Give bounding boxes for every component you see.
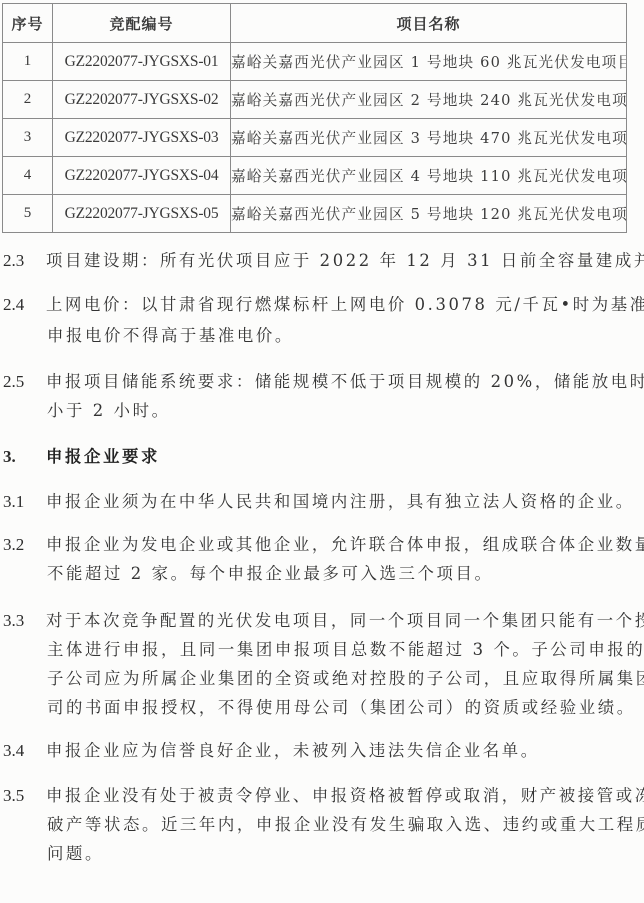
project-table: 序号 竞配编号 项目名称 1 GZ2202077-JYGSXS-01 嘉峪关嘉西… (2, 3, 627, 233)
section-text: 申报企业应为信誉良好企业，未被列入违法失信企业名单。 (46, 741, 540, 761)
row-code: GZ2202077-JYGSXS-03 (53, 119, 231, 157)
row-index: 4 (3, 157, 53, 195)
row-index: 5 (3, 195, 53, 233)
row-code: GZ2202077-JYGSXS-02 (53, 81, 231, 119)
table-row: 4 GZ2202077-JYGSXS-04 嘉峪关嘉西光伏产业园区 4 号地块 … (3, 157, 627, 195)
row-code: GZ2202077-JYGSXS-05 (53, 195, 231, 233)
section-number: 3.1 (3, 492, 24, 512)
row-name: 嘉峪关嘉西光伏产业园区 2 号地块 240 兆瓦光伏发电项目 (231, 81, 627, 119)
section-text: 申报电价不得高于基准电价。 (47, 326, 294, 346)
row-index: 3 (3, 119, 53, 157)
section-number: 2.4 (3, 295, 24, 315)
section-number: 3.3 (3, 611, 24, 631)
section-text: 小于 2 小时。 (47, 401, 171, 421)
section-number: 3.2 (3, 535, 24, 555)
header-code: 竞配编号 (53, 4, 231, 43)
table-row: 2 GZ2202077-JYGSXS-02 嘉峪关嘉西光伏产业园区 2 号地块 … (3, 81, 627, 119)
table-header-row: 序号 竞配编号 项目名称 (3, 4, 627, 43)
section-text: 不能超过 2 家。每个申报企业最多可入选三个项目。 (47, 564, 493, 584)
section-text: 项目建设期：所有光伏项目应于 2022 年 12 月 31 日前全容量建成并网。 (46, 251, 644, 271)
section-text: 申报项目储能系统要求：储能规模不低于项目规模的 20%，储能放电时长不 (46, 372, 644, 392)
row-index: 2 (3, 81, 53, 119)
section-number: 2.3 (3, 251, 24, 271)
table-row: 3 GZ2202077-JYGSXS-03 嘉峪关嘉西光伏产业园区 3 号地块 … (3, 119, 627, 157)
section-number: 3.5 (3, 786, 24, 806)
row-name: 嘉峪关嘉西光伏产业园区 3 号地块 470 兆瓦光伏发电项目 (231, 119, 627, 157)
section-number: 3.4 (3, 741, 24, 761)
row-name: 嘉峪关嘉西光伏产业园区 5 号地块 120 兆瓦光伏发电项目 (231, 195, 627, 233)
header-name: 项目名称 (231, 4, 627, 43)
header-index: 序号 (3, 4, 53, 43)
row-code: GZ2202077-JYGSXS-04 (53, 157, 231, 195)
row-index: 1 (3, 43, 53, 81)
section-text: 问题。 (47, 844, 104, 864)
section-text: 司的书面申报授权，不得使用母公司（集团公司）的资质或经验业绩。 (47, 698, 636, 718)
table-row: 5 GZ2202077-JYGSXS-05 嘉峪关嘉西光伏产业园区 5 号地块 … (3, 195, 627, 233)
section-text: 申报企业须为在中华人民共和国境内注册，具有独立法人资格的企业。 (46, 492, 635, 512)
section-text: 申报企业为发电企业或其他企业，允许联合体申报，组成联合体企业数量 (46, 535, 644, 555)
section-text: 破产等状态。近三年内，申报企业没有发生骗取入选、违约或重大工程质量 (47, 815, 644, 835)
row-code: GZ2202077-JYGSXS-01 (53, 43, 231, 81)
row-name: 嘉峪关嘉西光伏产业园区 1 号地块 60 兆瓦光伏发电项目 (231, 43, 627, 81)
section-heading: 申报企业要求 (46, 447, 160, 467)
section-text: 上网电价：以甘肃省现行燃煤标杆上网电价 0.3078 元/千瓦•时为基准电价， (46, 295, 644, 315)
section-text: 子公司应为所属企业集团的全资或绝对控股的子公司，且应取得所属集团公 (47, 669, 644, 689)
section-number: 3. (3, 447, 16, 467)
section-number: 2.5 (3, 372, 24, 392)
row-name: 嘉峪关嘉西光伏产业园区 4 号地块 110 兆瓦光伏发电项目 (231, 157, 627, 195)
section-text: 对于本次竞争配置的光伏发电项目，同一个项目同一个集团只能有一个投资 (46, 611, 644, 631)
section-text: 申报企业没有处于被责令停业、申报资格被暂停或取消，财产被接管或冻结、 (46, 786, 644, 806)
table-row: 1 GZ2202077-JYGSXS-01 嘉峪关嘉西光伏产业园区 1 号地块 … (3, 43, 627, 81)
section-text: 主体进行申报，且同一集团申报项目总数不能超过 3 个。子公司申报的，该 (47, 640, 644, 660)
